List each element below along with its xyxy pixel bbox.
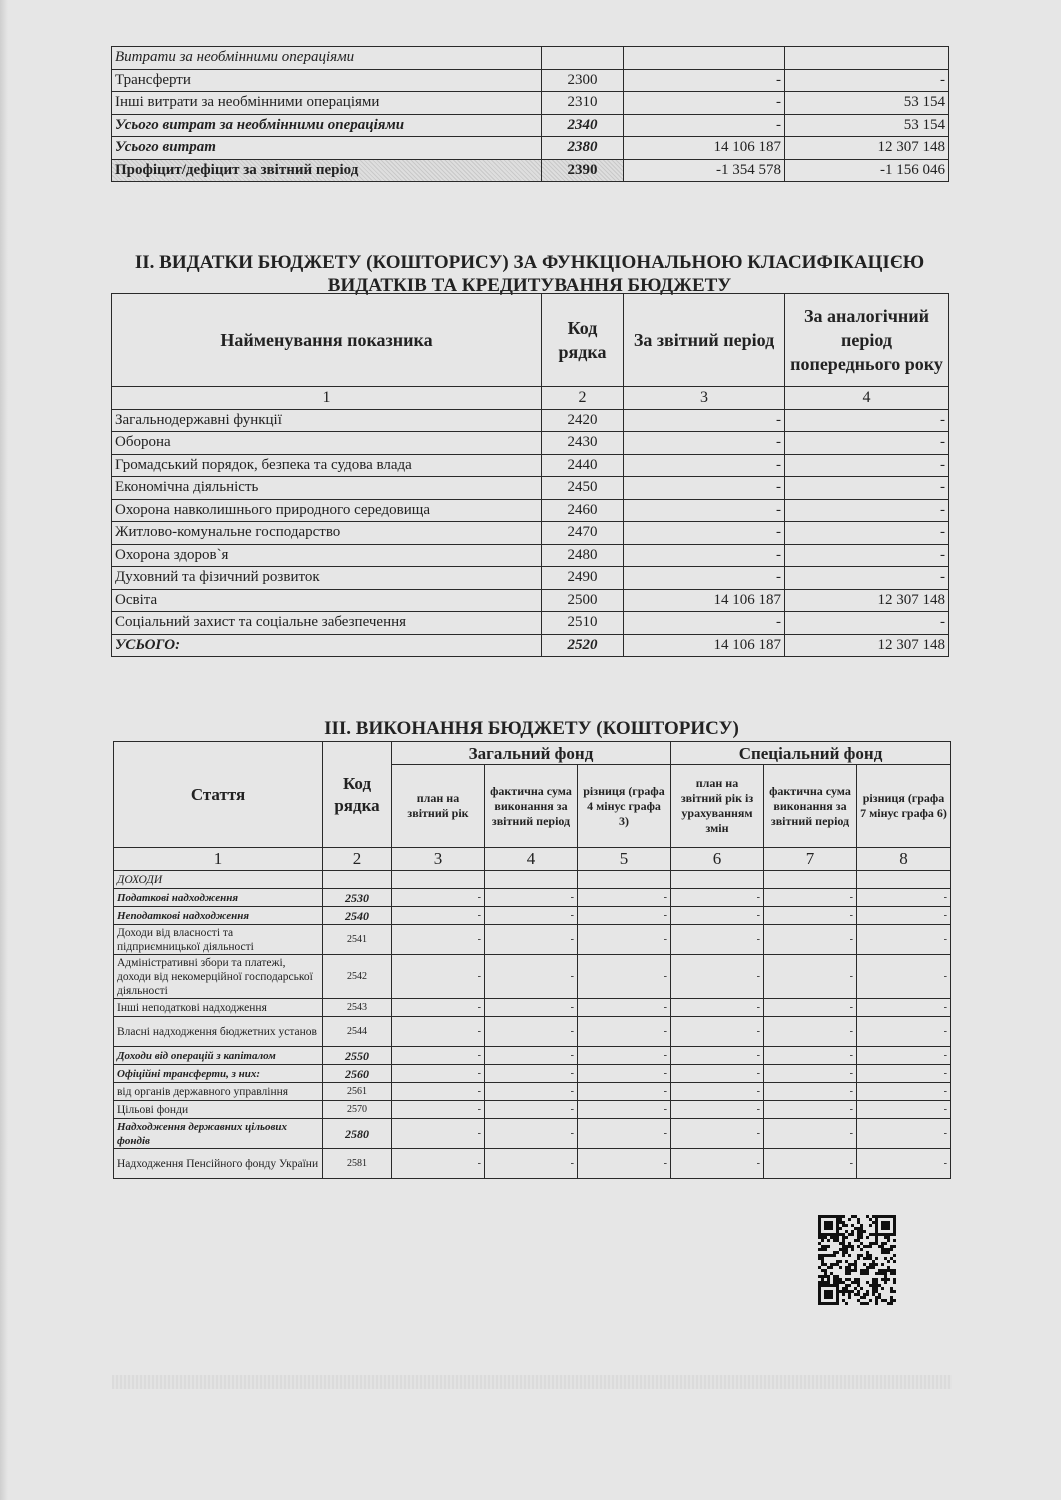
table-row: Житлово-комунальне господарство2470-- (112, 522, 949, 545)
header-previous-period: За аналогічний період попереднього року (785, 294, 949, 387)
value-current: 14 106 187 (624, 137, 785, 160)
row-label: Загальнодержавні функції (112, 409, 542, 432)
section2-title: ІІ. ВИДАТКИ БЮДЖЕТУ (КОШТОРИСУ) ЗА ФУНКЦ… (111, 251, 948, 297)
table-row: від органів державного управління2561---… (114, 1083, 951, 1101)
value-col-8: - (857, 1119, 951, 1149)
row-label: Витрати за необмінними операціями (112, 47, 542, 70)
section1-expenses-table: Витрати за необмінними операціямиТрансфе… (111, 46, 949, 182)
row-code: 2542 (323, 955, 392, 999)
value-col-5: - (578, 925, 671, 955)
value-col-5: - (578, 1083, 671, 1101)
value-col-5: - (578, 1119, 671, 1149)
section2-title-line1: ІІ. ВИДАТКИ БЮДЖЕТУ (КОШТОРИСУ) ЗА ФУНКЦ… (111, 251, 948, 274)
row-code: 2581 (323, 1149, 392, 1179)
row-code: 2310 (542, 92, 624, 115)
row-code (542, 47, 624, 70)
value-previous: 53 154 (785, 114, 949, 137)
value-col-5: - (578, 907, 671, 925)
row-label: Соціальний захист та соціальне забезпече… (112, 612, 542, 635)
row-code: 2540 (323, 907, 392, 925)
table-row: Духовний та фізичний розвиток2490-- (112, 567, 949, 590)
value-col-4: - (485, 1149, 578, 1179)
value-previous: 12 307 148 (785, 634, 949, 657)
value-col-4: - (485, 889, 578, 907)
table-row: ДОХОДИ (114, 871, 951, 889)
table-row: Соціальний захист та соціальне забезпече… (112, 612, 949, 635)
header-general-fund: Загальний фонд (392, 742, 671, 765)
row-code: 2460 (542, 499, 624, 522)
value-previous: - (785, 612, 949, 635)
value-col-5: - (578, 1047, 671, 1065)
row-code: 2560 (323, 1065, 392, 1083)
value-col-3: - (392, 925, 485, 955)
table-row: Доходи від операцій з капіталом2550-----… (114, 1047, 951, 1065)
value-current: - (624, 477, 785, 500)
value-col-3: - (392, 1047, 485, 1065)
value-col-6 (671, 871, 764, 889)
scan-edge-shadow (0, 0, 8, 1500)
row-code: 2300 (542, 69, 624, 92)
value-col-8: - (857, 925, 951, 955)
row-label: Інші витрати за необмінними операціями (112, 92, 542, 115)
value-col-5: - (578, 889, 671, 907)
value-current: -1 354 578 (624, 159, 785, 182)
value-current: 14 106 187 (624, 634, 785, 657)
value-col-3: - (392, 907, 485, 925)
row-label: Доходи від власності та підприємницької … (114, 925, 323, 955)
value-col-5 (578, 871, 671, 889)
value-current: - (624, 612, 785, 635)
value-current: - (624, 567, 785, 590)
value-col-6: - (671, 1065, 764, 1083)
row-label: Власні надходження бюджетних установ (114, 1017, 323, 1047)
value-col-6: - (671, 925, 764, 955)
row-code: 2440 (542, 454, 624, 477)
table-row: Податкові надходження2530------ (114, 889, 951, 907)
value-col-3: - (392, 1083, 485, 1101)
value-col-3: - (392, 1101, 485, 1119)
value-col-6: - (671, 999, 764, 1017)
value-col-7: - (764, 1083, 857, 1101)
value-col-8: - (857, 955, 951, 999)
row-code: 2430 (542, 432, 624, 455)
row-label: Офіційні трансферти, з них: (114, 1065, 323, 1083)
header-row-code: Код рядка (323, 742, 392, 848)
value-col-4: - (485, 1047, 578, 1065)
value-previous: - (785, 454, 949, 477)
row-code: 2500 (542, 589, 624, 612)
table-row: Усього витрат238014 106 18712 307 148 (112, 137, 949, 160)
value-current: - (624, 454, 785, 477)
table-row: Освіта250014 106 18712 307 148 (112, 589, 949, 612)
row-code: 2544 (323, 1017, 392, 1047)
row-label: Трансферти (112, 69, 542, 92)
column-number: 6 (671, 848, 764, 871)
value-col-6: - (671, 955, 764, 999)
row-label: УСЬОГО: (112, 634, 542, 657)
row-code: 2390 (542, 159, 624, 182)
table-row: Трансферти2300-- (112, 69, 949, 92)
value-col-3: - (392, 955, 485, 999)
value-col-3: - (392, 889, 485, 907)
value-col-4: - (485, 1083, 578, 1101)
value-col-8: - (857, 1149, 951, 1179)
column-number: 4 (485, 848, 578, 871)
subheader-col-8: різниця (графа 7 мінус графа 6) (857, 765, 951, 848)
row-label: Економічна діяльність (112, 477, 542, 500)
row-code: 2420 (542, 409, 624, 432)
value-current: - (624, 92, 785, 115)
value-col-7: - (764, 999, 857, 1017)
column-number: 2 (323, 848, 392, 871)
value-col-7: - (764, 1119, 857, 1149)
value-current (624, 47, 785, 70)
value-col-5: - (578, 955, 671, 999)
row-label: Охорона навколишнього природного середов… (112, 499, 542, 522)
column-number: 3 (392, 848, 485, 871)
value-col-8: - (857, 1047, 951, 1065)
table-row: Оборона2430-- (112, 432, 949, 455)
value-col-7: - (764, 1101, 857, 1119)
section3-title: ІІІ. ВИКОНАННЯ БЮДЖЕТУ (КОШТОРИСУ) (113, 717, 950, 740)
column-number: 4 (785, 387, 949, 410)
value-col-4: - (485, 907, 578, 925)
value-col-4: - (485, 1065, 578, 1083)
table-row: Охорона навколишнього природного середов… (112, 499, 949, 522)
subheader-col-5: різниця (графа 4 мінус графа 3) (578, 765, 671, 848)
row-label: Усього витрат (112, 137, 542, 160)
row-code (323, 871, 392, 889)
row-label: Надходження державних цільових фондів (114, 1119, 323, 1149)
row-code: 2530 (323, 889, 392, 907)
column-number: 8 (857, 848, 951, 871)
row-label: Духовний та фізичний розвиток (112, 567, 542, 590)
table-row: Економічна діяльність2450-- (112, 477, 949, 500)
header-article: Стаття (114, 742, 323, 848)
row-code: 2480 (542, 544, 624, 567)
value-col-8 (857, 871, 951, 889)
value-col-6: - (671, 907, 764, 925)
value-col-3: - (392, 1065, 485, 1083)
value-previous: 12 307 148 (785, 589, 949, 612)
value-col-6: - (671, 1047, 764, 1065)
row-code: 2490 (542, 567, 624, 590)
subheader-col-6: план на звітний рік із урахуванням змін (671, 765, 764, 848)
row-code: 2450 (542, 477, 624, 500)
row-label: Житлово-комунальне господарство (112, 522, 542, 545)
value-col-6: - (671, 1119, 764, 1149)
section3-budget-execution-table: Стаття Код рядка Загальний фонд Спеціаль… (113, 741, 951, 1179)
row-label: Доходи від операцій з капіталом (114, 1047, 323, 1065)
table-row: УСЬОГО:252014 106 18712 307 148 (112, 634, 949, 657)
value-current: - (624, 114, 785, 137)
row-code: 2510 (542, 612, 624, 635)
value-col-8: - (857, 999, 951, 1017)
column-number: 1 (112, 387, 542, 410)
value-col-6: - (671, 1083, 764, 1101)
value-col-5: - (578, 1149, 671, 1179)
table-row: Адміністративні збори та платежі, доходи… (114, 955, 951, 999)
value-col-7: - (764, 925, 857, 955)
value-col-8: - (857, 1017, 951, 1047)
value-previous: - (785, 69, 949, 92)
value-previous: - (785, 567, 949, 590)
value-previous: - (785, 499, 949, 522)
subheader-col-3: план на звітний рік (392, 765, 485, 848)
value-col-7: - (764, 1149, 857, 1179)
header-indicator-name: Найменування показника (112, 294, 542, 387)
value-current: - (624, 409, 785, 432)
row-code: 2550 (323, 1047, 392, 1065)
table-row: Профіцит/дефіцит за звітний період2390-1… (112, 159, 949, 182)
table-row: Усього витрат за необмінними операціями2… (112, 114, 949, 137)
value-col-3 (392, 871, 485, 889)
row-label: Цільові фонди (114, 1101, 323, 1119)
value-col-8: - (857, 1083, 951, 1101)
value-col-7: - (764, 1047, 857, 1065)
value-col-3: - (392, 1149, 485, 1179)
value-previous: - (785, 432, 949, 455)
row-code: 2570 (323, 1101, 392, 1119)
value-col-6: - (671, 1149, 764, 1179)
column-number: 7 (764, 848, 857, 871)
value-col-7: - (764, 889, 857, 907)
value-col-5: - (578, 1017, 671, 1047)
value-col-3: - (392, 1017, 485, 1047)
table-row: Надходження державних цільових фондів258… (114, 1119, 951, 1149)
value-col-4: - (485, 999, 578, 1017)
table-row: Інші витрати за необмінними операціями23… (112, 92, 949, 115)
value-col-5: - (578, 999, 671, 1017)
row-label: Освіта (112, 589, 542, 612)
column-number: 1 (114, 848, 323, 871)
value-col-8: - (857, 1101, 951, 1119)
table-row: Цільові фонди2570------ (114, 1101, 951, 1119)
table-row: Загальнодержавні функції2420-- (112, 409, 949, 432)
value-col-4 (485, 871, 578, 889)
value-current: - (624, 69, 785, 92)
table-row: Доходи від власності та підприємницької … (114, 925, 951, 955)
table-row: Неподаткові надходження2540------ (114, 907, 951, 925)
column-number: 3 (624, 387, 785, 410)
row-code: 2340 (542, 114, 624, 137)
value-col-6: - (671, 1101, 764, 1119)
value-col-7: - (764, 1017, 857, 1047)
row-label: Адміністративні збори та платежі, доходи… (114, 955, 323, 999)
row-code: 2380 (542, 137, 624, 160)
table-row: Інші неподаткові надходження2543------ (114, 999, 951, 1017)
value-col-4: - (485, 1119, 578, 1149)
value-previous: 12 307 148 (785, 137, 949, 160)
column-number: 2 (542, 387, 624, 410)
value-col-8: - (857, 907, 951, 925)
value-col-4: - (485, 1017, 578, 1047)
value-col-3: - (392, 1119, 485, 1149)
faded-footer (112, 1375, 952, 1389)
table-row: Офіційні трансферти, з них:2560------ (114, 1065, 951, 1083)
value-col-4: - (485, 1101, 578, 1119)
value-previous: - (785, 409, 949, 432)
subheader-col-7: фактична сума виконання за звітний періо… (764, 765, 857, 848)
qr-code-icon (818, 1215, 896, 1305)
row-code: 2470 (542, 522, 624, 545)
value-current: - (624, 499, 785, 522)
value-col-8: - (857, 1065, 951, 1083)
row-label: ДОХОДИ (114, 871, 323, 889)
row-label: Охорона здоров`я (112, 544, 542, 567)
row-label: Оборона (112, 432, 542, 455)
value-current: - (624, 432, 785, 455)
table-row: Громадський порядок, безпека та судова в… (112, 454, 949, 477)
row-label: Надходження Пенсійного фонду України (114, 1149, 323, 1179)
value-previous: - (785, 522, 949, 545)
value-col-6: - (671, 889, 764, 907)
row-label: Неподаткові надходження (114, 907, 323, 925)
value-col-6: - (671, 1017, 764, 1047)
value-previous: - (785, 477, 949, 500)
value-previous: - (785, 544, 949, 567)
value-current: 14 106 187 (624, 589, 785, 612)
value-previous: 53 154 (785, 92, 949, 115)
row-code: 2541 (323, 925, 392, 955)
table-row: Надходження Пенсійного фонду України2581… (114, 1149, 951, 1179)
row-label: Усього витрат за необмінними операціями (112, 114, 542, 137)
value-col-7: - (764, 955, 857, 999)
row-code: 2543 (323, 999, 392, 1017)
value-col-3: - (392, 999, 485, 1017)
value-col-7: - (764, 1065, 857, 1083)
section2-functional-classification-table: Найменування показника Код рядка За звіт… (111, 293, 949, 657)
value-col-4: - (485, 925, 578, 955)
row-label: Профіцит/дефіцит за звітний період (112, 159, 542, 182)
header-row-code: Код рядка (542, 294, 624, 387)
value-col-5: - (578, 1101, 671, 1119)
column-number: 5 (578, 848, 671, 871)
row-code: 2580 (323, 1119, 392, 1149)
row-label: Громадський порядок, безпека та судова в… (112, 454, 542, 477)
value-col-7: - (764, 907, 857, 925)
row-label: Інші неподаткові надходження (114, 999, 323, 1017)
header-current-period: За звітний період (624, 294, 785, 387)
value-col-4: - (485, 955, 578, 999)
value-current: - (624, 544, 785, 567)
row-label: від органів державного управління (114, 1083, 323, 1101)
row-code: 2561 (323, 1083, 392, 1101)
value-col-5: - (578, 1065, 671, 1083)
header-special-fund: Спеціальний фонд (671, 742, 951, 765)
table-row: Власні надходження бюджетних установ2544… (114, 1017, 951, 1047)
value-col-8: - (857, 889, 951, 907)
value-previous: -1 156 046 (785, 159, 949, 182)
value-previous (785, 47, 949, 70)
row-code: 2520 (542, 634, 624, 657)
table-row: Охорона здоров`я2480-- (112, 544, 949, 567)
value-col-7 (764, 871, 857, 889)
table-row: Витрати за необмінними операціями (112, 47, 949, 70)
row-label: Податкові надходження (114, 889, 323, 907)
subheader-col-4: фактична сума виконання за звітний періо… (485, 765, 578, 848)
value-current: - (624, 522, 785, 545)
